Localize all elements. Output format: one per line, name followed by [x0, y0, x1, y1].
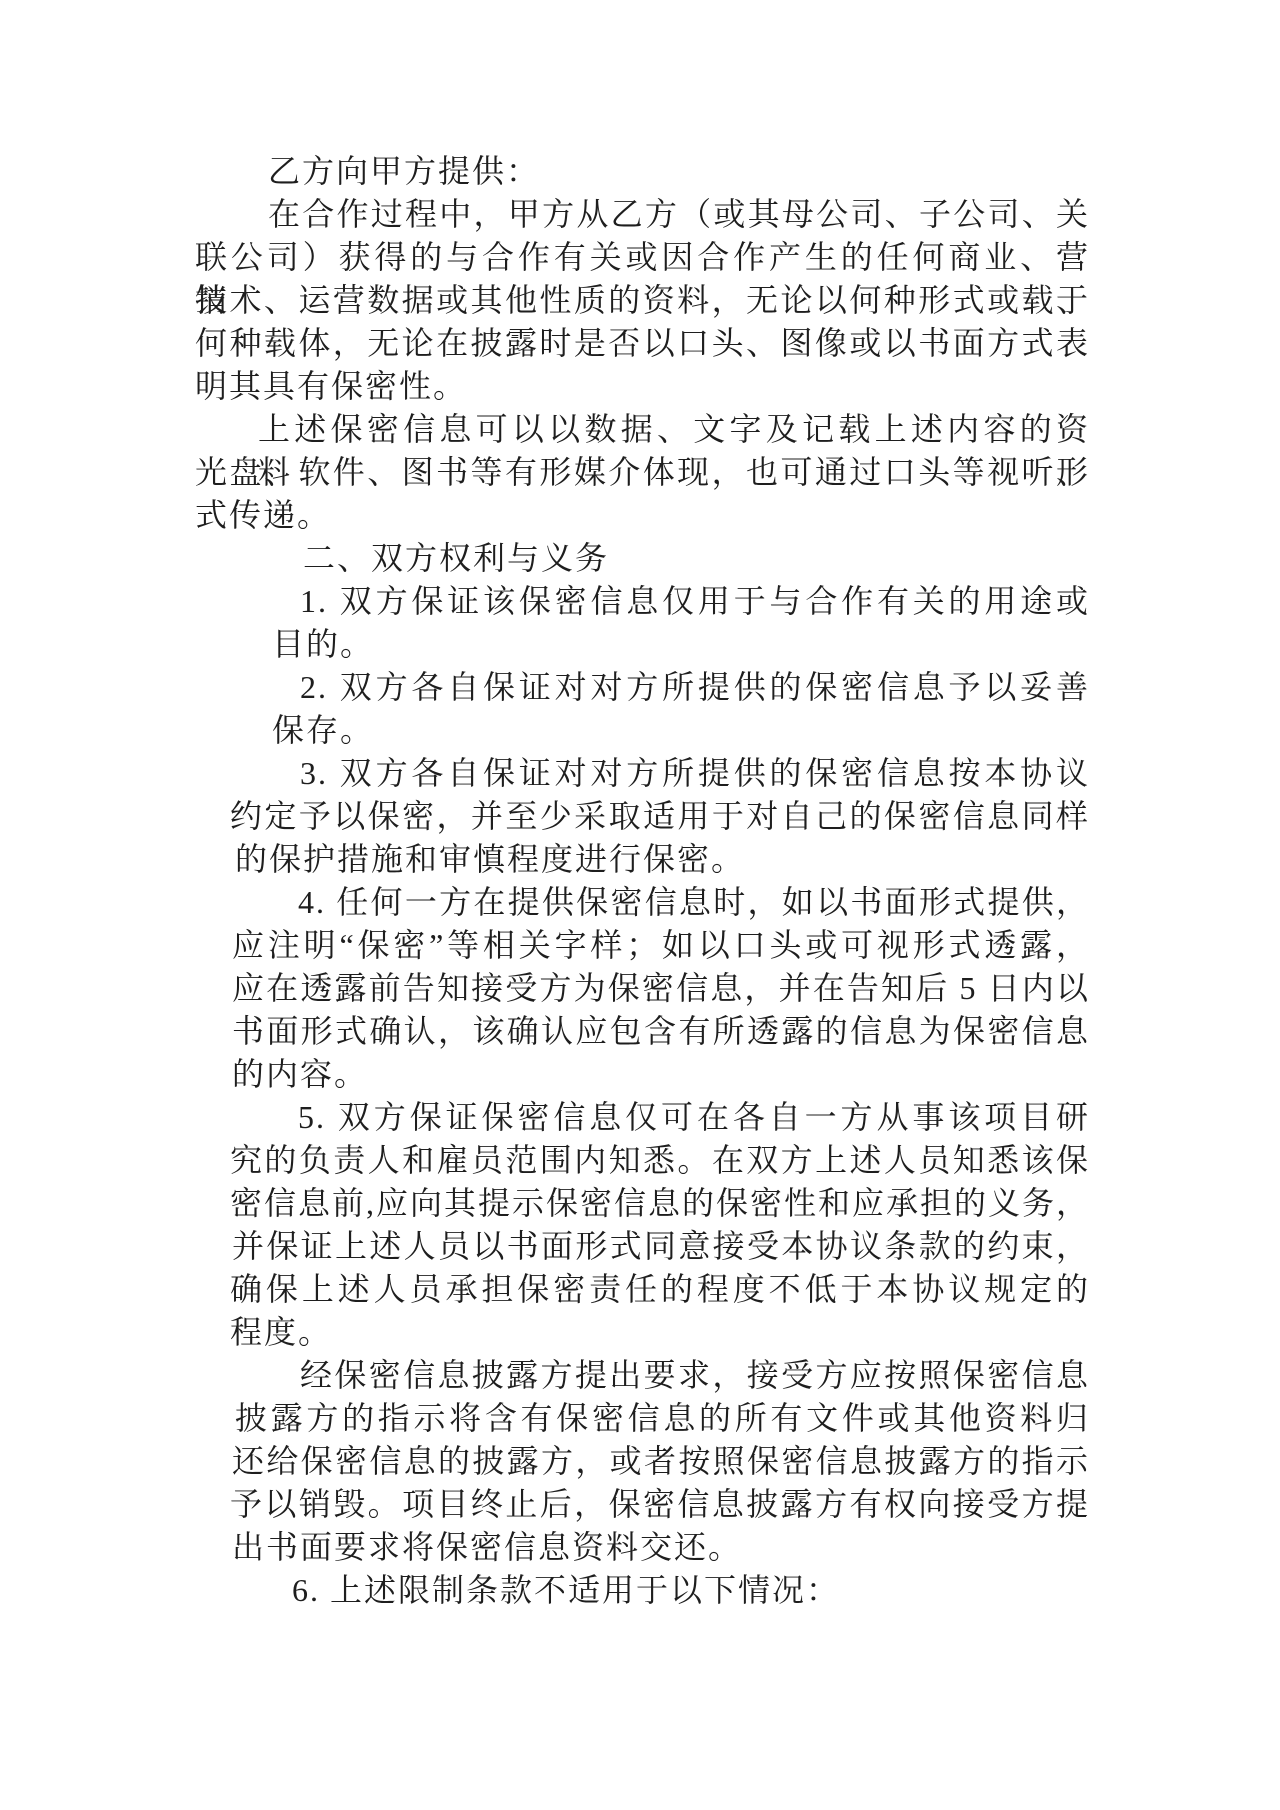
text-line: 4. 任何一方在提供保密信息时，如以书面形式提供， — [195, 881, 1090, 924]
text-line: 确保上述人员承担保密责任的程度不低于本协议规定的 — [195, 1268, 1090, 1311]
text-line: 光盘、软件、图书等有形媒介体现，也可通过口头等视听形 — [195, 451, 1090, 494]
text-line: 在合作过程中，甲方从乙方（或其母公司、子公司、关 — [195, 193, 1090, 236]
text-line: 披露方的指示将含有保密信息的所有文件或其他资料归 — [195, 1397, 1090, 1440]
text-line: 乙方向甲方提供： — [195, 150, 1090, 193]
text-line: 上述保密信息可以以数据、文字及记载上述内容的资料、 — [195, 408, 1090, 451]
text-line: 予以销毁。项目终止后，保密信息披露方有权向接受方提 — [195, 1483, 1090, 1526]
text-line: 保存。 — [195, 709, 1090, 752]
text-line: 约定予以保密，并至少采取适用于对自己的保密信息同样 — [195, 795, 1090, 838]
text-line: 何种载体，无论在披露时是否以口头、图像或以书面方式表 — [195, 322, 1090, 365]
text-line: 究的负责人和雇员范围内知悉。在双方上述人员知悉该保 — [195, 1139, 1090, 1182]
text-line: 出书面要求将保密信息资料交还。 — [195, 1526, 1090, 1569]
text-line: 目的。 — [195, 623, 1090, 666]
text-line: 程度。 — [195, 1311, 1090, 1354]
document-page: 乙方向甲方提供：在合作过程中，甲方从乙方（或其母公司、子公司、关联公司）获得的与… — [0, 0, 1280, 1810]
text-line: 的保护措施和审慎程度进行保密。 — [195, 838, 1090, 881]
text-line: 密信息前,应向其提示保密信息的保密性和应承担的义务， — [195, 1182, 1090, 1225]
text-line: 联公司）获得的与合作有关或因合作产生的任何商业、营销、 — [195, 236, 1090, 279]
text-line: 式传递。 — [195, 494, 1090, 537]
text-line: 明其具有保密性。 — [195, 365, 1090, 408]
text-line: 的内容。 — [195, 1053, 1090, 1096]
text-line: 应在透露前告知接受方为保密信息，并在告知后 5 日内以 — [195, 967, 1090, 1010]
text-line: 二、双方权利与义务 — [195, 537, 1090, 580]
text-line: 5. 双方保证保密信息仅可在各自一方从事该项目研 — [195, 1096, 1090, 1139]
text-line: 应注明“保密”等相关字样；如以口头或可视形式透露， — [195, 924, 1090, 967]
text-line: 2. 双方各自保证对对方所提供的保密信息予以妥善 — [195, 666, 1090, 709]
contract-text-block: 乙方向甲方提供：在合作过程中，甲方从乙方（或其母公司、子公司、关联公司）获得的与… — [195, 150, 1090, 1612]
text-line: 经保密信息披露方提出要求，接受方应按照保密信息 — [195, 1354, 1090, 1397]
text-line: 1. 双方保证该保密信息仅用于与合作有关的用途或 — [195, 580, 1090, 623]
text-line: 还给保密信息的披露方，或者按照保密信息披露方的指示 — [195, 1440, 1090, 1483]
text-line: 书面形式确认，该确认应包含有所透露的信息为保密信息 — [195, 1010, 1090, 1053]
text-line: 技术、运营数据或其他性质的资料，无论以何种形式或载于 — [195, 279, 1090, 322]
text-line: 6. 上述限制条款不适用于以下情况： — [195, 1569, 1090, 1612]
text-line: 并保证上述人员以书面形式同意接受本协议条款的约束， — [195, 1225, 1090, 1268]
text-line: 3. 双方各自保证对对方所提供的保密信息按本协议 — [195, 752, 1090, 795]
